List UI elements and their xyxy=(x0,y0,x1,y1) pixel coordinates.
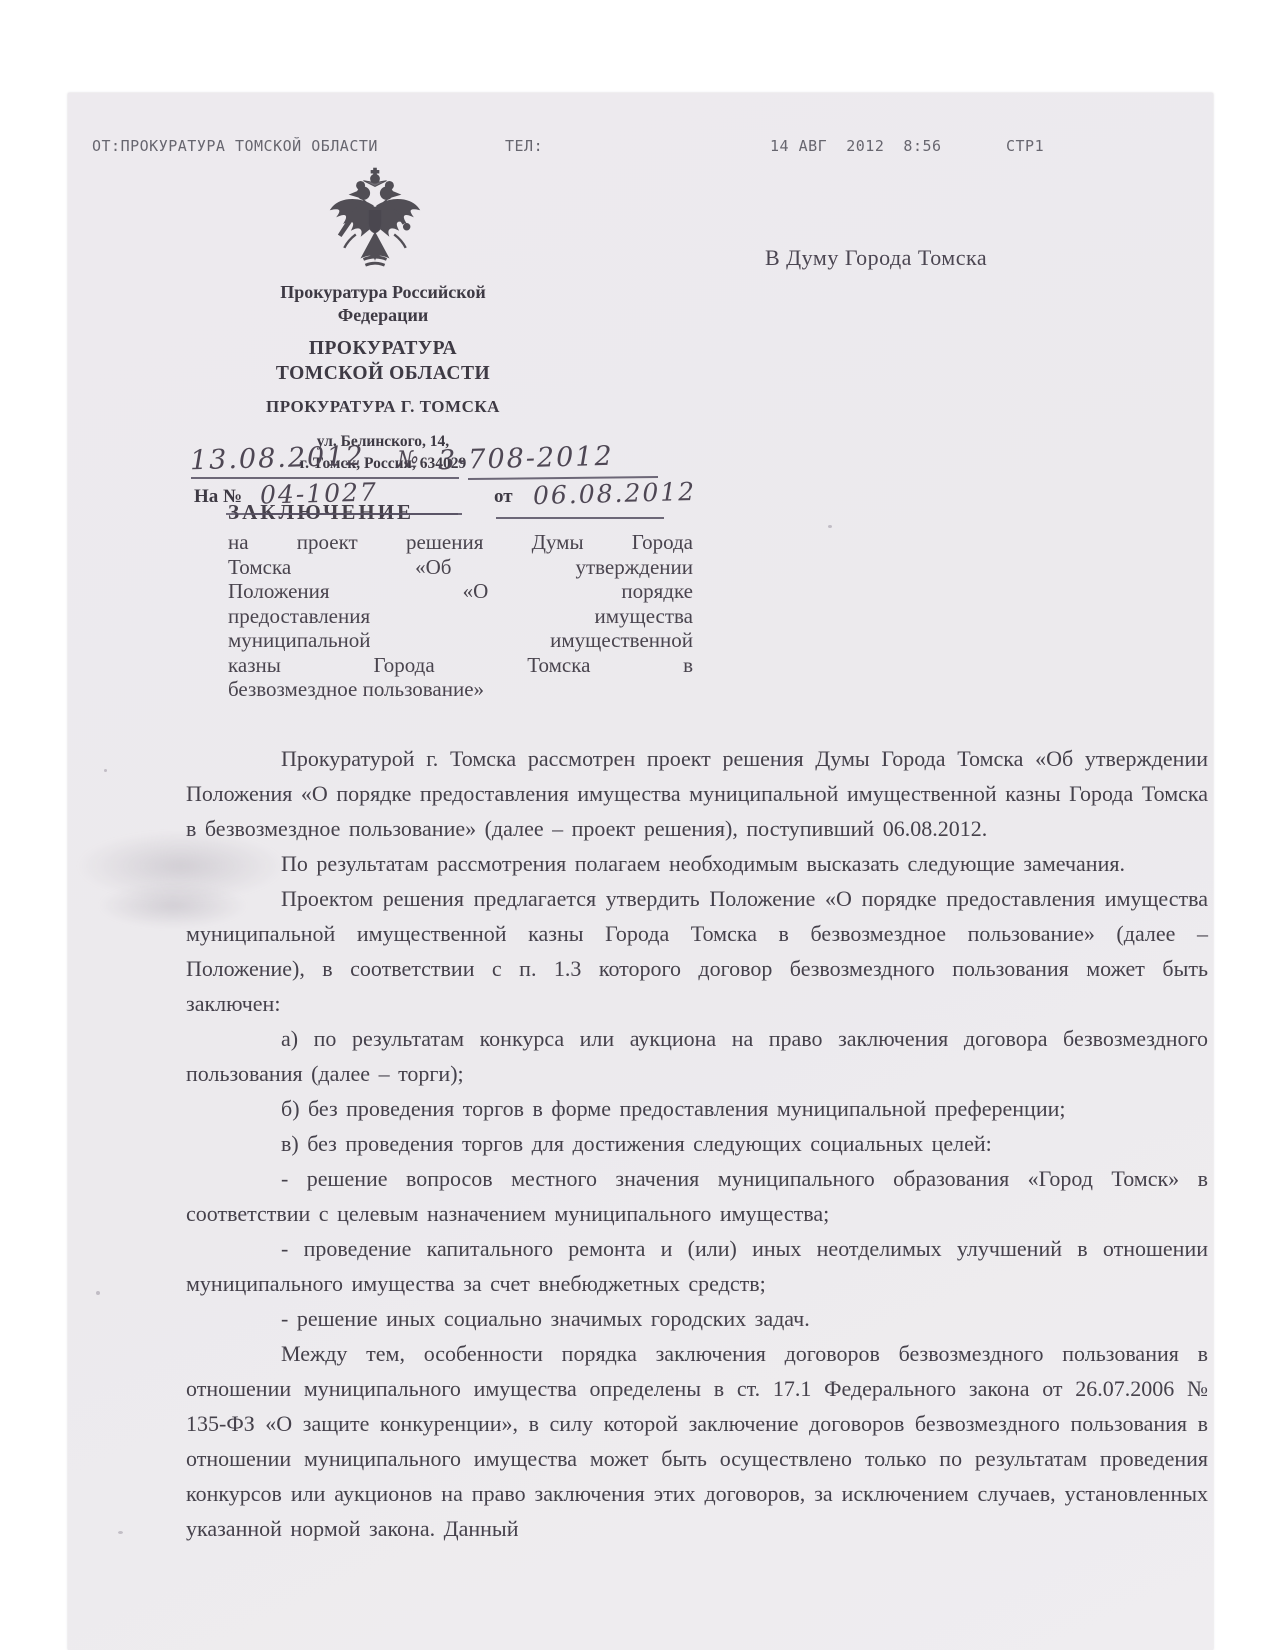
subject-line: предоставления имущества xyxy=(228,604,693,629)
scan-speck xyxy=(96,1291,100,1295)
org-name-line2: Федерации xyxy=(158,304,608,327)
body-paragraph: - проведение капитального ремонта и (или… xyxy=(186,1231,1208,1301)
subject-line: на проект решения Думы Города xyxy=(228,530,693,555)
recipient-line: В Думу Города Томска xyxy=(765,245,987,271)
document-body: Прокуратурой г. Томска рассмотрен проект… xyxy=(186,741,1208,1546)
office-name-line1: ПРОКУРАТУРА xyxy=(158,336,608,361)
subject-line: Положения «О порядке xyxy=(228,579,693,604)
body-paragraph: Проектом решения предлагается утвердить … xyxy=(186,881,1208,1021)
underline xyxy=(496,517,664,519)
fax-page-number: СТР1 xyxy=(1006,137,1044,155)
department-name: ПРОКУРАТУРА Г. ТОМСКА xyxy=(158,397,608,417)
subject-line: муниципальной имущественной xyxy=(228,628,693,653)
fax-scan-document: { "fax_header": { "from": "ОТ:ПРОКУРАТУР… xyxy=(0,0,1275,1650)
outgoing-number-handwritten: 3-708-2012 xyxy=(438,441,614,477)
fax-sender-text: ОТ:ПРОКУРАТУРА ТОМСКОЙ ОБЛАСТИ xyxy=(92,137,378,155)
scan-speck xyxy=(828,525,832,528)
body-paragraph: Между тем, особенности порядка заключени… xyxy=(186,1336,1208,1546)
scan-smudge xyxy=(98,883,248,928)
subject-line: Томска «Об утверждении xyxy=(228,555,693,580)
from-label: от xyxy=(494,486,513,507)
number-sign: № xyxy=(396,447,420,474)
body-paragraph: в) без проведения торгов для достижения … xyxy=(186,1126,1208,1161)
body-paragraph: Прокуратурой г. Томска рассмотрен проект… xyxy=(186,741,1208,846)
scan-speck xyxy=(104,769,107,772)
body-paragraph: По результатам рассмотрения полагаем нео… xyxy=(186,846,1208,881)
outgoing-reference-row: 13.08.2012 № 3-708-2012 xyxy=(190,443,614,474)
body-paragraph: - решение вопросов местного значения мун… xyxy=(186,1161,1208,1231)
subject-line: казны Города Томска в xyxy=(228,653,693,678)
subject-line: безвозмездное пользование» xyxy=(228,677,693,702)
incoming-date-handwritten: 06.08.2012 xyxy=(532,477,696,510)
body-paragraph: а) по результатам конкурса или аукциона … xyxy=(186,1021,1208,1091)
conclusion-subject: на проект решения Думы Города Томска «Об… xyxy=(228,530,693,702)
fax-datetime: 14 АВГ 2012 8:56 xyxy=(770,137,942,155)
scanned-page: ОТ:ПРОКУРАТУРА ТОМСКОЙ ОБЛАСТИ ТЕЛ: 14 А… xyxy=(68,93,1213,1650)
fax-tel-label: ТЕЛ: xyxy=(505,137,543,155)
scan-speck xyxy=(118,1531,123,1534)
coat-of-arms-icon xyxy=(327,167,423,275)
outgoing-date-handwritten: 13.08.2012 xyxy=(190,441,365,477)
body-paragraph: - решение иных социально значимых городс… xyxy=(186,1301,1208,1336)
overlapping-underline xyxy=(226,513,458,515)
body-paragraph: б) без проведения торгов в форме предост… xyxy=(186,1091,1208,1126)
office-name-line2: ТОМСКОЙ ОБЛАСТИ xyxy=(158,361,608,386)
org-name-line1: Прокуратура Российской xyxy=(158,281,608,304)
